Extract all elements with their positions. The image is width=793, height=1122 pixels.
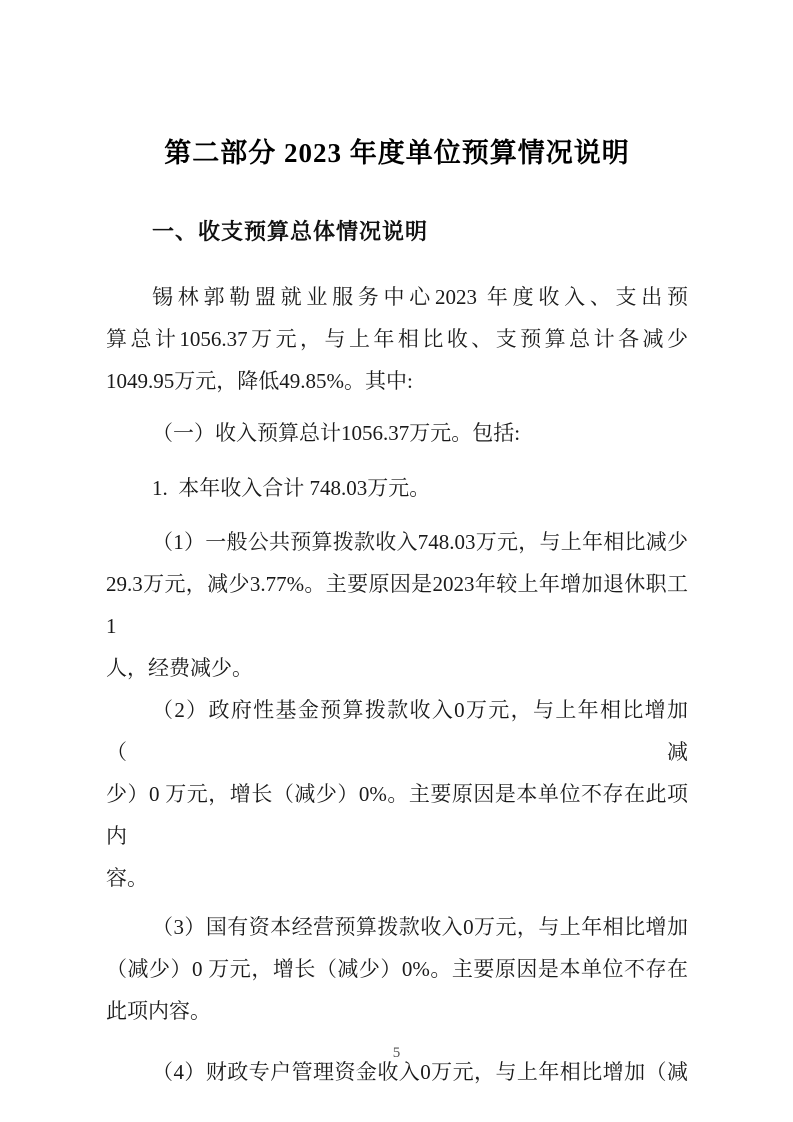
paragraph-line: 少）0 万元，增长（减少）0%。主要原因是本单位不存在此项内 (106, 773, 688, 857)
page-number: 5 (0, 1045, 793, 1062)
paragraphs-container: 锡林郭勒盟就业服务中心2023 年度收入、支出预算总计1056.37万元，与上年… (106, 276, 688, 1093)
para-current-year-income: 1. 本年收入合计 748.03万元。 (106, 467, 688, 509)
paragraph-line: 锡林郭勒盟就业服务中心2023 年度收入、支出预 (106, 276, 688, 318)
para-item-1-general-public-budget: （1）一般公共预算拨款收入748.03万元，与上年相比减少29.3万元，减少3.… (106, 521, 688, 689)
para-budget-overview: 锡林郭勒盟就业服务中心2023 年度收入、支出预算总计1056.37万元，与上年… (106, 276, 688, 402)
paragraph-line: （一）收入预算总计1056.37万元。包括: (106, 412, 688, 454)
paragraph-line: 此项内容。 (106, 990, 688, 1032)
para-income-total: （一）收入预算总计1056.37万元。包括: (106, 412, 688, 454)
paragraph-line: 算总计1056.37万元，与上年相比收、支预算总计各减少 (106, 318, 688, 360)
paragraph-line: 29.3万元，减少3.77%。主要原因是2023年较上年增加退休职工1 (106, 563, 688, 647)
paragraph-line: 1049.95万元，降低49.85%。其中: (106, 360, 688, 402)
paragraph-line: （1）一般公共预算拨款收入748.03万元，与上年相比减少 (106, 521, 688, 563)
document-page: 第二部分 2023 年度单位预算情况说明 一、收支预算总体情况说明 锡林郭勒盟就… (0, 0, 793, 1122)
paragraph-line: 人，经费减少。 (106, 647, 688, 689)
paragraph-line: （3）国有资本经营预算拨款收入0万元，与上年相比增加 (106, 906, 688, 948)
paragraph-line: 容。 (106, 857, 688, 899)
paragraph-line: （2）政府性基金预算拨款收入0万元，与上年相比增加（减 (106, 689, 688, 773)
para-item-3-state-capital: （3）国有资本经营预算拨款收入0万元，与上年相比增加（减少）0 万元，增长（减少… (106, 906, 688, 1032)
page-title: 第二部分 2023 年度单位预算情况说明 (106, 133, 688, 173)
para-item-2-government-fund: （2）政府性基金预算拨款收入0万元，与上年相比增加（减少）0 万元，增长（减少）… (106, 689, 688, 899)
paragraph-line: （减少）0 万元，增长（减少）0%。主要原因是本单位不存在 (106, 948, 688, 990)
document-content: 第二部分 2023 年度单位预算情况说明 一、收支预算总体情况说明 锡林郭勒盟就… (0, 133, 793, 1093)
section-heading: 一、收支预算总体情况说明 (106, 217, 688, 247)
paragraph-line: 1. 本年收入合计 748.03万元。 (106, 467, 688, 509)
